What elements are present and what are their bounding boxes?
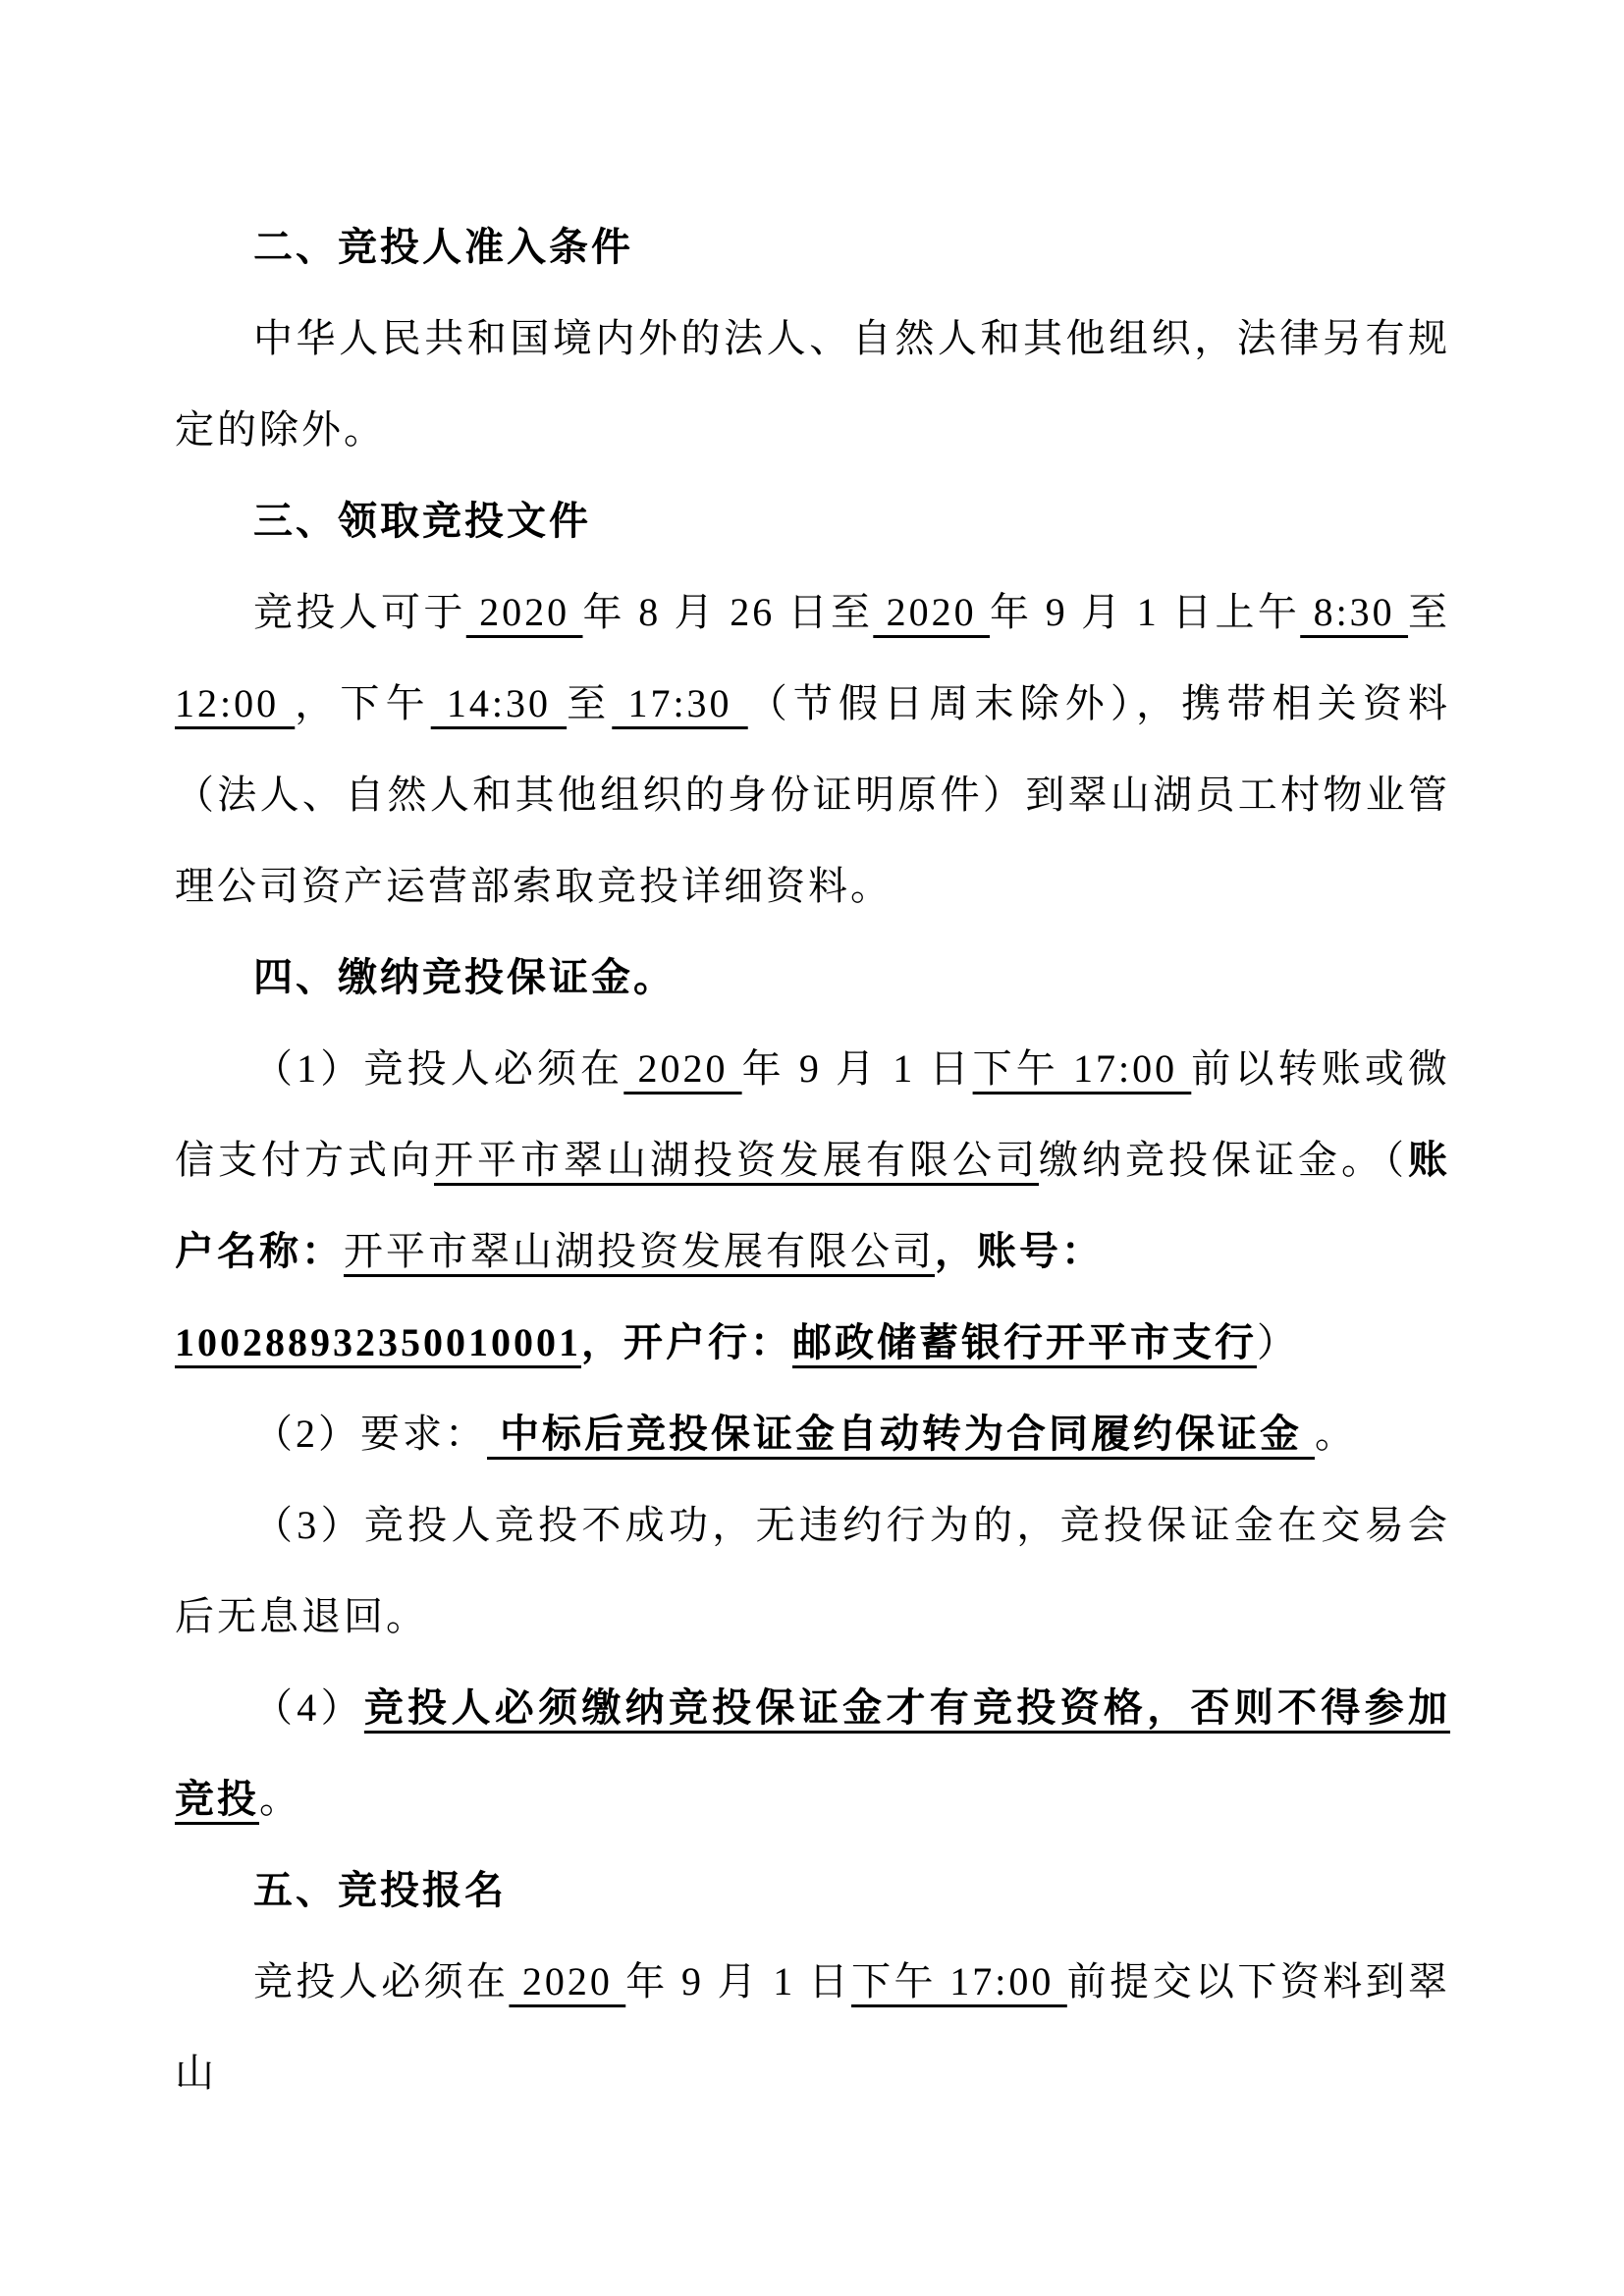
text-run: 邮政储蓄银行开平市支行 <box>792 1320 1257 1364</box>
text-run: 三、领取竞投文件 <box>253 499 591 543</box>
heading-2: 三、领取竞投文件 <box>175 475 1450 566</box>
text-run: 至 <box>567 681 612 725</box>
heading-0: 二、竞投人准入条件 <box>175 201 1450 293</box>
text-run: ） <box>1257 1320 1299 1364</box>
paragraph-8: （4）竞投人必须缴纳竞投保证金才有竞投资格，否则不得参加竞投。 <box>175 1662 1450 1844</box>
paragraph-5: （1）竞投人必须在 2020 年 9 月 1 日下午 17:00 前以转账或微信… <box>175 1023 1450 1388</box>
text-run: 年 9 月 1 日 <box>742 1046 973 1091</box>
text-run: ，下午 <box>295 681 430 725</box>
text-run: 竞投人必须缴纳竞投保证金才有竞投资格，否则不得参加竞投 <box>175 1685 1450 1821</box>
heading-9: 五、竞投报名 <box>175 1844 1450 1936</box>
text-run: 年 8 月 26 日至 <box>582 590 873 634</box>
text-run: （2）要求： <box>253 1412 487 1456</box>
text-run: 年 9 月 1 日 <box>625 1959 851 2003</box>
text-run: 二、竞投人准入条件 <box>253 225 633 269</box>
text-run: 至 <box>1408 590 1450 634</box>
text-run: 竞投人必须在 <box>253 1959 509 2003</box>
document-page: 二、竞投人准入条件中华人民共和国境内外的法人、自然人和其他组织，法律另有规定的除… <box>0 0 1624 2296</box>
document-content: 二、竞投人准入条件中华人民共和国境内外的法人、自然人和其他组织，法律另有规定的除… <box>175 201 1450 2118</box>
text-run: 2020 <box>509 1959 625 2003</box>
text-run: （3）竞投人竞投不成功，无违约行为的，竞投保证金在交易会后无息退回。 <box>175 1503 1450 1638</box>
text-run: 中华人民共和国境内外的法人、自然人和其他组织，法律另有规定的除外。 <box>175 316 1450 452</box>
text-run: 下午 17:00 <box>851 1959 1067 2003</box>
text-run: 。 <box>1315 1412 1357 1456</box>
text-run: ，开户行： <box>581 1320 792 1364</box>
paragraph-1: 中华人民共和国境内外的法人、自然人和其他组织，法律另有规定的除外。 <box>175 293 1450 475</box>
text-run: 。 <box>259 1777 301 1821</box>
text-run: 14:30 <box>431 681 567 725</box>
text-run: 年 9 月 1 日上午 <box>990 590 1300 634</box>
text-run: 100288932350010001 <box>175 1320 581 1364</box>
paragraph-3: 竞投人可于 2020 年 8 月 26 日至 2020 年 9 月 1 日上午 … <box>175 566 1450 932</box>
text-run: 2020 <box>466 590 583 634</box>
text-run: 。 <box>633 955 676 999</box>
text-run: 8:30 <box>1300 590 1408 634</box>
text-run: 中标后竞投保证金自动转为合同履约保证金 <box>487 1412 1315 1456</box>
text-run: 缴纳竞投保证金。（ <box>1039 1138 1408 1182</box>
text-run: 开平市翠山湖投资发展有限公司 <box>344 1229 935 1273</box>
text-run: 竞投人可于 <box>253 590 466 634</box>
heading-4: 四、缴纳竞投保证金。 <box>175 932 1450 1023</box>
paragraph-6: （2）要求： 中标后竞投保证金自动转为合同履约保证金 。 <box>175 1388 1450 1479</box>
text-run: ，账号： <box>935 1229 1104 1273</box>
text-run: 17:30 <box>612 681 747 725</box>
text-run: （4） <box>253 1685 364 1730</box>
text-run: （1）竞投人必须在 <box>253 1046 623 1091</box>
text-run: 2020 <box>623 1046 741 1091</box>
text-run: 2020 <box>873 590 990 634</box>
text-run: 下午 17:00 <box>973 1046 1192 1091</box>
text-run: 开平市翠山湖投资发展有限公司 <box>434 1138 1039 1182</box>
text-run: 12:00 <box>175 681 295 725</box>
paragraph-10: 竞投人必须在 2020 年 9 月 1 日下午 17:00 前提交以下资料到翠山 <box>175 1936 1450 2118</box>
text-run: 五、竞投报名 <box>253 1868 507 1912</box>
paragraph-7: （3）竞投人竞投不成功，无违约行为的，竞投保证金在交易会后无息退回。 <box>175 1479 1450 1662</box>
text-run: 四、缴纳竞投保证金 <box>253 955 633 999</box>
